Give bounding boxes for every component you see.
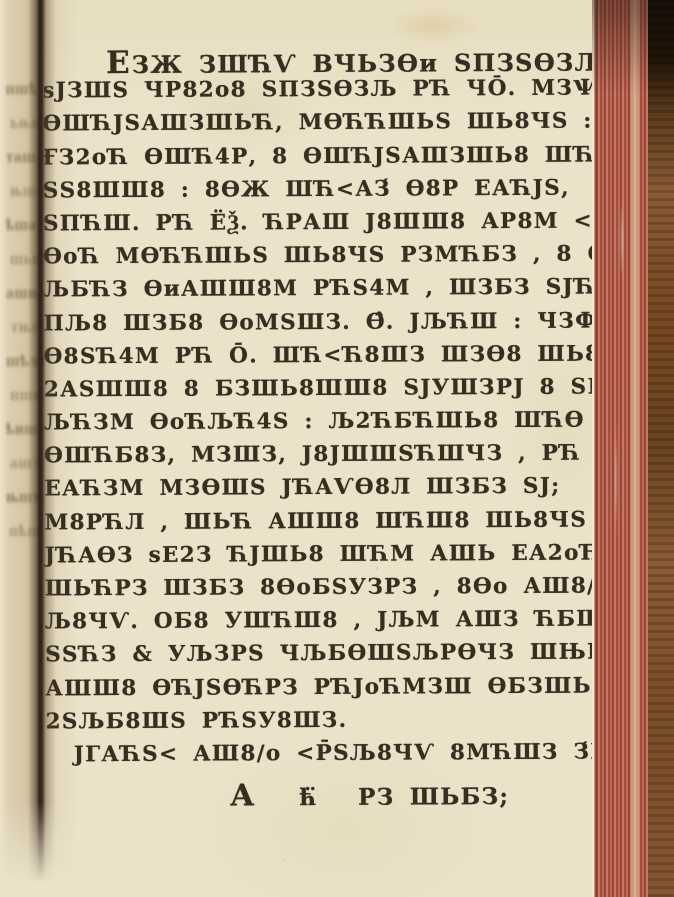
text-line: ЉБЋЗ ѲиАШШ8М РЋЅ4М , ШЗБЗ ЅЈЋ;	[44, 275, 591, 311]
text-line: ѲШЋЈЅАШЗШЬЋ, МѲЋЋШЬЅ ШЬ8ЧЅ : АШШЅ	[44, 109, 591, 145]
text-line: ѲоЋ МѲЋЋШЬЅ ШЬ8ЧЅ РЗМЋБЗ , 8 ѲоЋ;	[44, 242, 591, 278]
quire-signature-mark: ћ̈	[299, 784, 316, 811]
text-line: М8РЋЛ , ШЬЋ АШШ8 ШЋШ8 ШЬ8ЧЅ 8 Ј8;	[44, 507, 592, 543]
text-line: ѕЈЗШЅ ЧР82о8 ЅПЗЅѲЗЉ РЋ ЧŌ. МЗѰРЅ	[44, 76, 590, 112]
text-line: Љ8ЧѴ. ОБ8 УШЋШ8 , ЈЉМ АШЗ ЋБШ8;	[45, 607, 592, 643]
catchword: РЗ ШЬБЗ;	[358, 783, 509, 811]
text-line: Ѳ8ЅЋ4М РЋ Ō. ШЋ<Ћ8ШЗ ШЗѲ8 ШЬ8ЧЅ	[44, 341, 592, 377]
text-line: ҒЗ2оЋ ѲШЋ4Р, 8 ѲШЋЈЅАШЗШЬ8 ШЋѲоШЬЋ	[44, 142, 591, 178]
text-line: ПЉ8 ШЗБ8 ѲоМЅШЗ. Ѳ̂. ЈЉЋШ : ЧЗФЗ;	[44, 308, 592, 344]
gutter-shadow	[28, 0, 56, 897]
bottom-left-page-corner	[0, 802, 150, 897]
text-line: ШЬЋРЗ ШЗБЗ 8ѲоБЅУЗРЗ , 8Ѳо АШ8/о ЧР8;	[45, 574, 592, 610]
leather-binding-edge	[648, 0, 674, 897]
book-page-photo: пшѣт ьњша ташљ њшпе ѣшат шьпѣ ашњл тњпаш…	[0, 0, 674, 897]
quire-signature-letter: А	[230, 778, 256, 813]
text-line: ЕЗЖ ЗШЋѴ ВЧЬЗѲи ЅПЗЅѲЗЉ,	[44, 43, 590, 79]
text-line: 2ЅЉБ8ШЅ РЋЅУ8ШЗ.	[45, 706, 592, 742]
text-line: ЉЋЗМ ѲоЋЉЋ4Ѕ : Љ2ЋБЋШЬ8 ШЋѲ	[44, 408, 592, 444]
text-line: ѲШЋБ8З, МЗШЗ, Ј8ЈШШЅЋШЧЗ , РЋ	[44, 441, 592, 477]
page-paper: ЕЗЖ ЗШЋѴ ВЧЬЗѲи ЅПЗЅѲЗЉ, ѕЈЗШЅ ЧР82о8 ЅП…	[44, 0, 592, 897]
text-line: ЕАЋЗМ МЗѲШЅ ЈЋАѴѲ8Л ШЗБЗ ЅЈ;	[44, 474, 592, 510]
text-block: ЕЗЖ ЗШЋѴ ВЧЬЗѲи ЅПЗЅѲЗЉ, ѕЈЗШЅ ЧР82о8 ЅП…	[44, 43, 592, 815]
text-line: ЅЅЋЗ & УЉЗРЅ ЧЉБѲШЅЉРѲЧЗ ШЊБЗ	[45, 640, 592, 676]
text-line: ЅЅ8ШШ8 : 8ѲЖ ШЋ<АЗ́ Ѳ8Р ЕАЋЈЅ,	[44, 175, 591, 211]
text-line: ЅПЋШ. РЋ ЁѮ. ЋРАШ Ј8ШШ8 АР8М <А8	[44, 209, 591, 245]
red-fore-edge	[592, 0, 648, 897]
text-line: ЈЋАѲЗ ѕЕ2З ЋЈШЬ8 ШЋМ АШЬ ЕА2оЋ	[45, 540, 592, 576]
text-line: 2АЅШШ8 8 БЗШЬ8ШШ8 ЅЈУШЗРЈ 8 ЅЕЅ;	[44, 374, 592, 410]
text-line: ЈГАЋЅ< АШ8/о <Р̄ЅЉ8ЧѴ 8МЋШЗ З́ШЬ;	[46, 739, 592, 775]
text-line: АШШ8 ѲЋЈЅѲЋРЗ РЋЈоЋМЗШ ѲБЗШЬАЋ	[45, 673, 592, 709]
